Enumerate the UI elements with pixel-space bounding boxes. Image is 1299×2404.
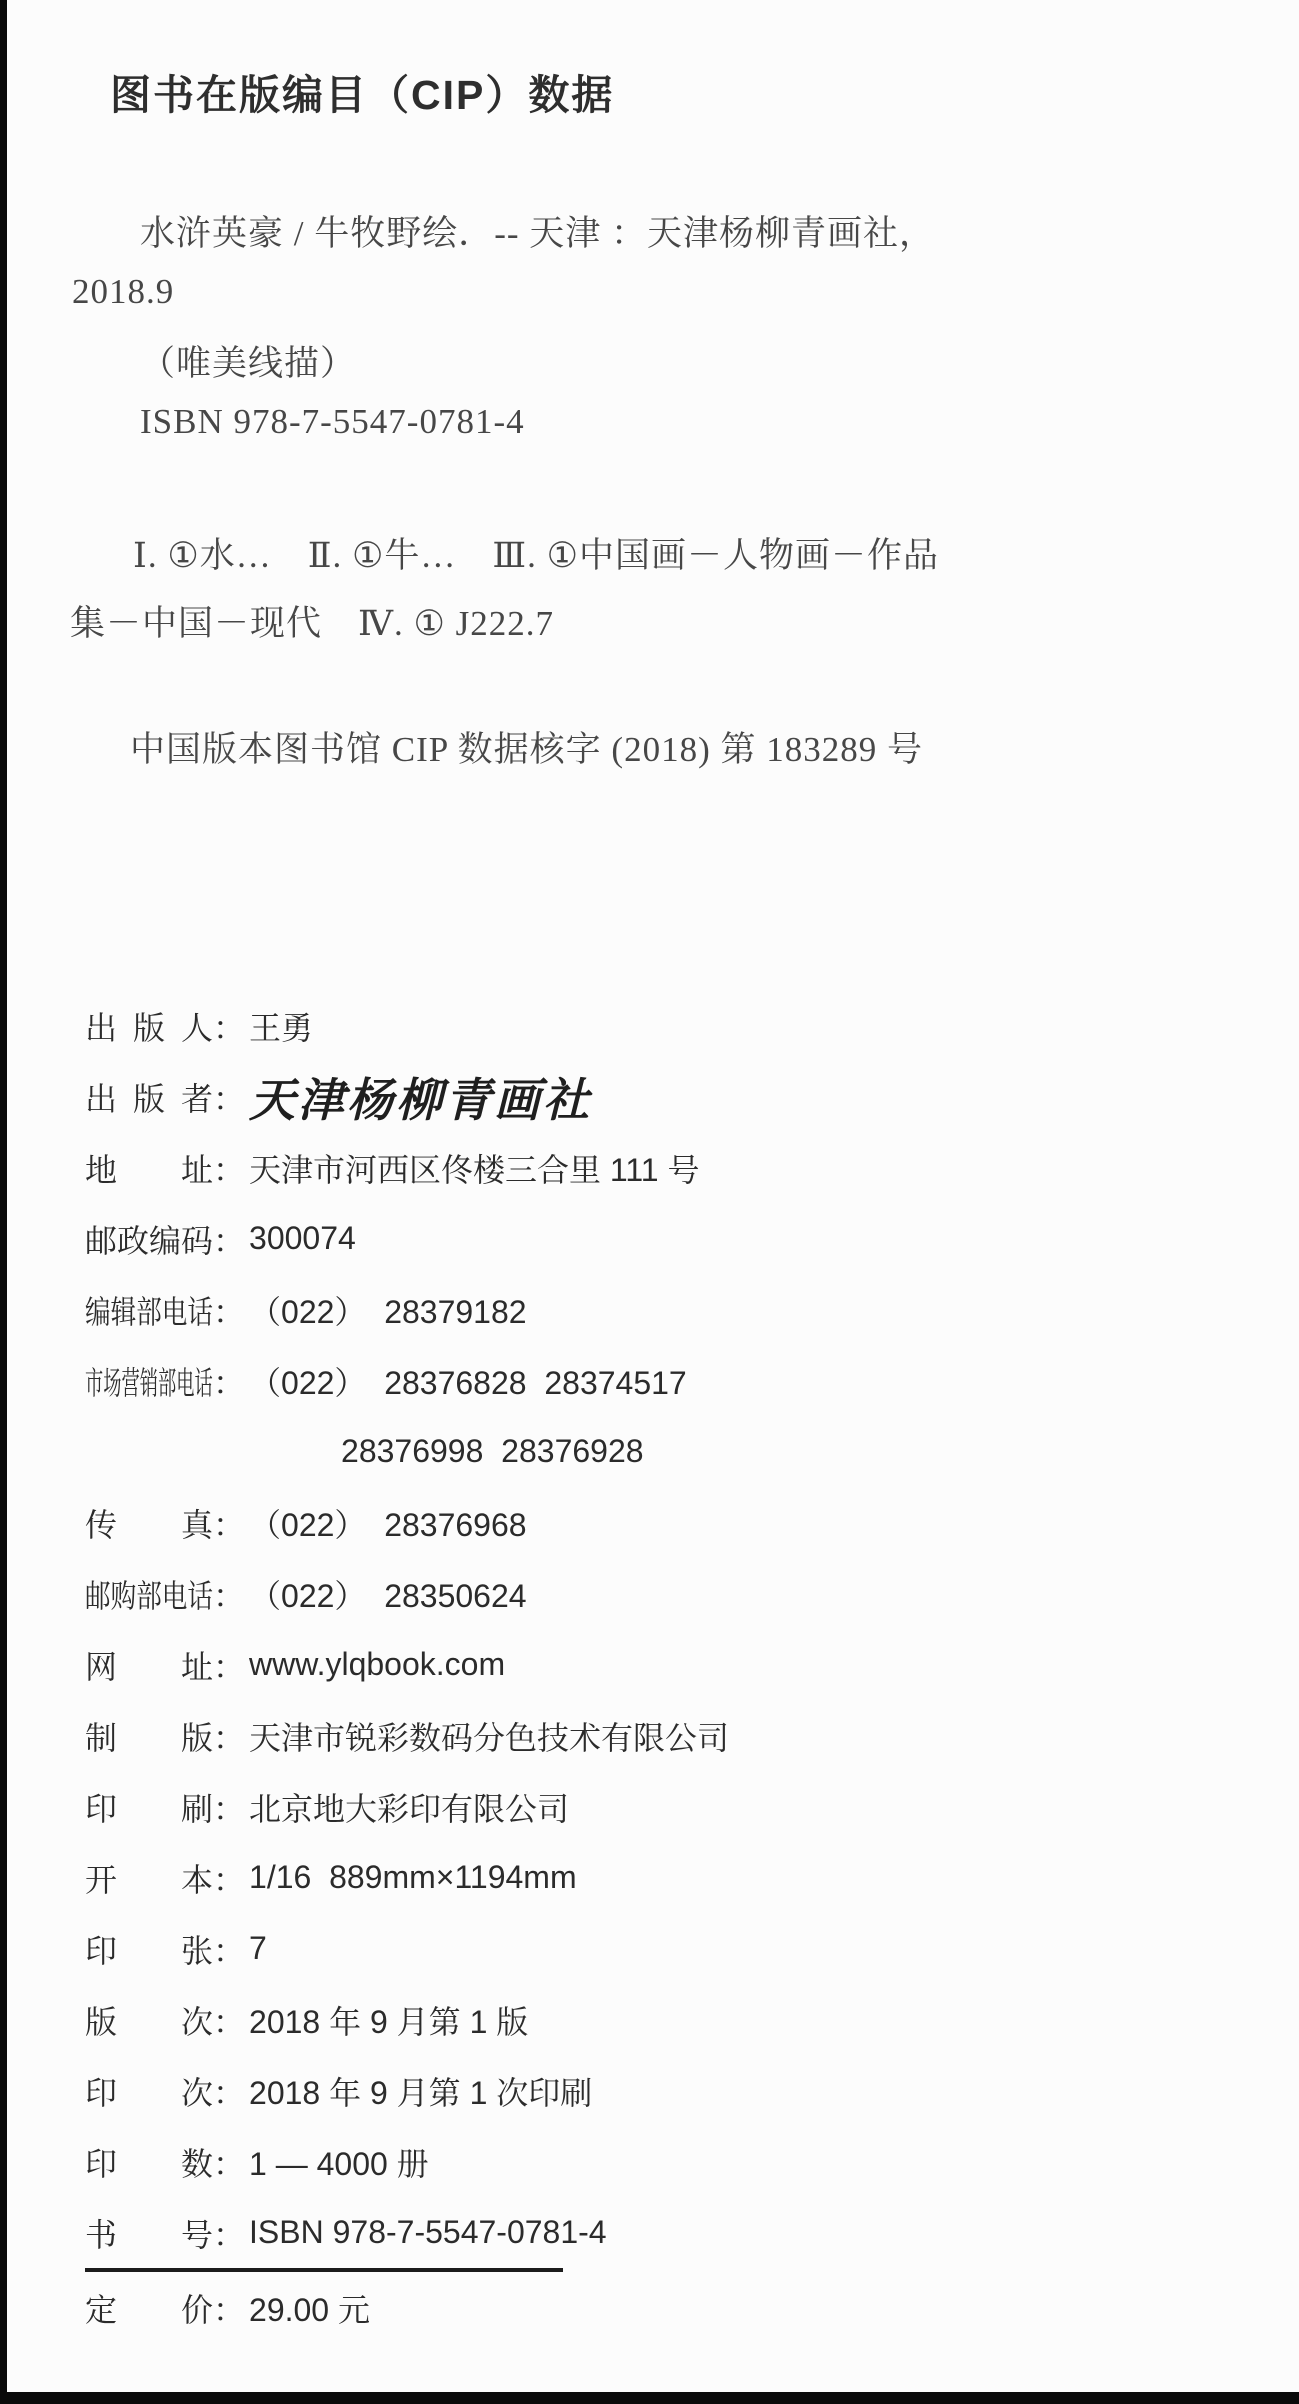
- cip-record-number: 中国版本图书馆 CIP 数据核字 (2018) 第 183289 号: [130, 722, 923, 772]
- field-label: 出版者: [85, 1074, 213, 1120]
- field-label: 书号: [85, 2210, 213, 2256]
- field-label: 印次: [85, 2068, 213, 2114]
- colon: ：: [213, 1642, 245, 1688]
- mailorder-phone-row: 邮购部电话 ： （022） 28350624: [85, 1558, 1279, 1629]
- format-row: 开本 ： 1/16 889mm×1194mm: [85, 1842, 1279, 1913]
- colon: ：: [213, 2068, 245, 2114]
- field-value: 7: [249, 1930, 267, 1967]
- colon: ：: [213, 1926, 245, 1972]
- series-note: （唯美线描）: [140, 336, 356, 386]
- colon: ：: [213, 1997, 245, 2043]
- field-label: 网址: [85, 1642, 213, 1688]
- marketing-phone-row: 市场营销部电话 ： （022） 28376828 28374517: [85, 1345, 1279, 1416]
- field-label: 传真: [85, 1500, 213, 1546]
- impression-row: 印次 ： 2018 年 9 月第 1 次印刷: [85, 2055, 1279, 2126]
- colon: ：: [213, 1358, 245, 1404]
- field-value: 天津市锐彩数码分色技术有限公司: [249, 1713, 729, 1759]
- colon: ：: [213, 1500, 245, 1546]
- colon: ：: [213, 1784, 245, 1830]
- field-label: 开本: [85, 1855, 213, 1901]
- printing-row: 印刷 ： 北京地大彩印有限公司: [85, 1771, 1279, 1842]
- isbn-line: ISBN 978-7-5547-0781-4: [140, 402, 525, 442]
- edition-row: 版次 ： 2018 年 9 月第 1 版: [85, 1984, 1279, 2055]
- publisher-person-row: 出版人 ： 王勇: [85, 990, 1279, 1061]
- postcode-row: 邮政编码 ： 300074: [85, 1203, 1279, 1274]
- plate-making-row: 制版 ： 天津市锐彩数码分色技术有限公司: [85, 1700, 1279, 1771]
- field-value: 天津市河西区佟楼三合里 111 号: [249, 1145, 699, 1191]
- field-label: 地址: [85, 1145, 213, 1191]
- publisher-row: 出版者 ： 天津杨柳青画社: [85, 1061, 1279, 1132]
- colon: ：: [213, 1074, 245, 1120]
- field-value: 2018 年 9 月第 1 版: [249, 1997, 528, 2043]
- field-label: 定价: [85, 2285, 213, 2331]
- field-value: 1/16 889mm×1194mm: [249, 1859, 577, 1896]
- field-label: 出版人: [85, 1003, 213, 1049]
- field-label: 邮购部电话: [85, 1571, 213, 1617]
- address-row: 地址 ： 天津市河西区佟楼三合里 111 号: [85, 1132, 1279, 1203]
- field-label: 印刷: [85, 1784, 213, 1830]
- field-value: 2018 年 9 月第 1 次印刷: [249, 2068, 592, 2114]
- colon: ：: [213, 2210, 245, 2256]
- field-value: （022） 28379182: [249, 1287, 527, 1333]
- sheets-row: 印张 ： 7: [85, 1913, 1279, 1984]
- colon: ：: [213, 1855, 245, 1901]
- website-row: 网址 ： www.ylqbook.com: [85, 1629, 1279, 1700]
- field-label: 编辑部电话: [85, 1287, 213, 1333]
- publication-year: 2018.9: [72, 272, 174, 312]
- field-value: （022） 28350624: [249, 1571, 527, 1617]
- classification-line-1: Ⅰ. ①水… Ⅱ. ①牛… Ⅲ. ①中国画－人物画－作品: [133, 528, 939, 578]
- field-value: ISBN 978-7-5547-0781-4: [249, 2214, 607, 2251]
- colon: ：: [213, 2285, 245, 2331]
- editorial-phone-row: 编辑部电话 ： （022） 28379182: [85, 1274, 1279, 1345]
- field-value: 1 — 4000 册: [249, 2139, 429, 2185]
- field-label: 制版: [85, 1713, 213, 1759]
- colon: ：: [213, 1216, 245, 1262]
- fax-row: 传真 ： （022） 28376968: [85, 1487, 1279, 1558]
- colon: ：: [213, 1571, 245, 1617]
- field-value: 北京地大彩印有限公司: [249, 1784, 569, 1830]
- price-row: 定价 ： 29.00 元: [85, 2272, 1279, 2343]
- field-label: 印张: [85, 1926, 213, 1972]
- book-number-row: 书号 ： ISBN 978-7-5547-0781-4: [85, 2197, 1279, 2268]
- field-value: 300074: [249, 1220, 356, 1257]
- colon: ：: [213, 2139, 245, 2185]
- website-url: www.ylqbook.com: [249, 1646, 505, 1683]
- marketing-phone-row-2: ： 28376998 28376928: [85, 1416, 1279, 1487]
- field-label: 邮政编码: [85, 1216, 213, 1262]
- colon: ：: [213, 1145, 245, 1191]
- colon: ：: [213, 1287, 245, 1333]
- field-value: 28376998 28376928: [341, 1433, 644, 1470]
- scan-edge-bottom: [0, 2392, 1299, 2404]
- field-value: （022） 28376968: [249, 1500, 527, 1546]
- colon: ：: [213, 1003, 245, 1049]
- colophon: 出版人 ： 王勇 出版者 ： 天津杨柳青画社 地址 ： 天津市河西区佟楼三合里 …: [85, 990, 1279, 2343]
- field-label: 版次: [85, 1997, 213, 2043]
- field-value: （022） 28376828 28374517: [249, 1358, 687, 1404]
- classification-line-2: 集－中国－现代 Ⅳ. ① J222.7: [70, 596, 554, 646]
- colon: ：: [213, 1713, 245, 1759]
- field-value: 王勇: [249, 1003, 313, 1049]
- publisher-signature: 天津杨柳青画社: [249, 1064, 592, 1130]
- field-label: 印数: [85, 2139, 213, 2185]
- field-label: 市场营销部电话: [85, 1358, 213, 1404]
- price-value: 29.00 元: [249, 2285, 370, 2331]
- cip-entry-line: 水浒英豪 / 牛牧野绘．-- 天津 ：天津杨柳青画社，: [140, 206, 935, 256]
- cip-title: 图书在版编目（CIP）数据: [110, 62, 614, 121]
- scan-edge-left: [0, 0, 7, 2404]
- print-run-row: 印数 ： 1 — 4000 册: [85, 2126, 1279, 2197]
